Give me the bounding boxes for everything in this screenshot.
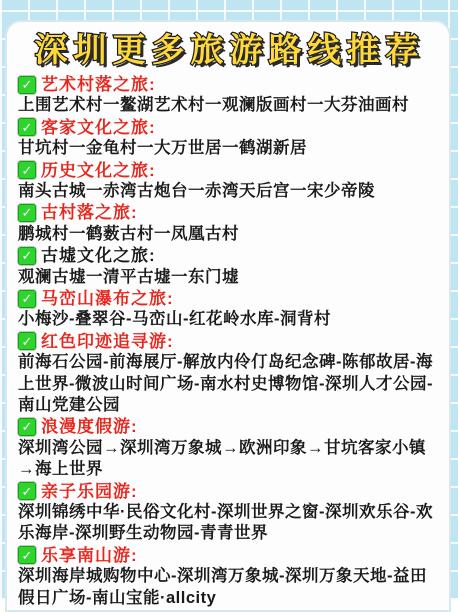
- route-section: ✓ 乐享南山游: 深圳海岸城购物中心-深圳湾万象城-深圳万象天地-益田假日广场-…: [18, 545, 441, 600]
- check-icon: ✓: [18, 332, 36, 350]
- section-title: 马峦山瀑布之旅:: [41, 288, 174, 309]
- check-icon: ✓: [18, 76, 36, 94]
- route-section: ✓ 古墟文化之旅: 观澜古墟一清平古墟一东门墟: [18, 245, 441, 288]
- route-text: 深圳锦绣中华·民俗文化村-深圳世界之窗-深圳欢乐谷-欢乐海岸-深圳野生动物园-青…: [18, 502, 441, 545]
- section-header: ✓ 马峦山瀑布之旅:: [18, 288, 441, 309]
- section-title: 红色印迹追寻游:: [41, 331, 174, 352]
- content-card: 深圳更多旅游路线推荐 ✓ 艺术村落之旅: 上围艺术村一鳌湖艺术村一观澜版画村一大…: [5, 20, 451, 600]
- section-header: ✓ 历史文化之旅:: [18, 160, 441, 181]
- check-icon: ✓: [18, 546, 36, 564]
- check-icon: ✓: [18, 290, 36, 308]
- route-section: ✓ 客家文化之旅: 甘坑村一金龟村一大万世居一鹤湖新居: [18, 117, 441, 160]
- route-section: ✓ 历史文化之旅: 南头古城一赤湾古炮台一赤湾天后宫一宋少帝陵: [18, 160, 441, 203]
- section-title: 亲子乐园游:: [41, 481, 138, 502]
- check-icon: ✓: [18, 418, 36, 436]
- route-section: ✓ 亲子乐园游: 深圳锦绣中华·民俗文化村-深圳世界之窗-深圳欢乐谷-欢乐海岸-…: [18, 481, 441, 545]
- section-header: ✓ 浪漫度假游:: [18, 416, 441, 437]
- section-header: ✓ 客家文化之旅:: [18, 117, 441, 138]
- route-text: 观澜古墟一清平古墟一东门墟: [18, 267, 441, 288]
- route-text: 甘坑村一金龟村一大万世居一鹤湖新居: [18, 138, 441, 159]
- check-icon: ✓: [18, 204, 36, 222]
- page-title: 深圳更多旅游路线推荐: [18, 24, 441, 71]
- route-list: ✓ 艺术村落之旅: 上围艺术村一鳌湖艺术村一观澜版画村一大芬油画村 ✓ 客家文化…: [18, 74, 441, 600]
- route-section: ✓ 艺术村落之旅: 上围艺术村一鳌湖艺术村一观澜版画村一大芬油画村: [18, 74, 441, 117]
- section-header: ✓ 古墟文化之旅:: [18, 245, 441, 266]
- section-title: 古村落之旅:: [41, 202, 138, 223]
- check-icon: ✓: [18, 482, 36, 500]
- route-text: 前海石公园-前海展厅-解放内伶仃岛纪念碑-陈郁故居-海上世界-微波山时间广场-南…: [18, 352, 441, 416]
- route-text: 鹏城村一鹤薮古村一凤凰古村: [18, 224, 441, 245]
- tiled-background: 深圳更多旅游路线推荐 ✓ 艺术村落之旅: 上围艺术村一鳌湖艺术村一观澜版画村一大…: [0, 0, 458, 600]
- route-text: 深圳湾公园→深圳湾万象城→欧洲印象→甘坑客家小镇→海上世界: [18, 438, 441, 481]
- route-section: ✓ 红色印迹追寻游: 前海石公园-前海展厅-解放内伶仃岛纪念碑-陈郁故居-海上世…: [18, 331, 441, 417]
- route-text: 上围艺术村一鳌湖艺术村一观澜版画村一大芬油画村: [18, 95, 441, 116]
- check-icon: ✓: [18, 161, 36, 179]
- check-icon: ✓: [18, 247, 36, 265]
- section-header: ✓ 乐享南山游:: [18, 545, 441, 566]
- section-title: 浪漫度假游:: [41, 416, 138, 437]
- check-icon: ✓: [18, 118, 36, 136]
- route-text: 小梅沙-叠翠谷-马峦山-红花岭水库-洞背村: [18, 309, 441, 330]
- route-text: 深圳海岸城购物中心-深圳湾万象城-深圳万象天地-益田假日广场-南山宝能·allc…: [18, 566, 441, 600]
- section-header: ✓ 艺术村落之旅:: [18, 74, 441, 95]
- card-content: 深圳更多旅游路线推荐 ✓ 艺术村落之旅: 上围艺术村一鳌湖艺术村一观澜版画村一大…: [7, 22, 449, 600]
- route-text: 南头古城一赤湾古炮台一赤湾天后宫一宋少帝陵: [18, 181, 441, 202]
- section-header: ✓ 亲子乐园游:: [18, 481, 441, 502]
- section-title: 古墟文化之旅:: [41, 245, 156, 266]
- section-title: 艺术村落之旅:: [41, 74, 156, 95]
- section-header: ✓ 古村落之旅:: [18, 202, 441, 223]
- section-title: 历史文化之旅:: [41, 160, 156, 181]
- section-title: 乐享南山游:: [41, 545, 138, 566]
- route-section: ✓ 浪漫度假游: 深圳湾公园→深圳湾万象城→欧洲印象→甘坑客家小镇→海上世界: [18, 416, 441, 480]
- section-header: ✓ 红色印迹追寻游:: [18, 331, 441, 352]
- route-section: ✓ 马峦山瀑布之旅: 小梅沙-叠翠谷-马峦山-红花岭水库-洞背村: [18, 288, 441, 331]
- route-section: ✓ 古村落之旅: 鹏城村一鹤薮古村一凤凰古村: [18, 202, 441, 245]
- section-title: 客家文化之旅:: [41, 117, 156, 138]
